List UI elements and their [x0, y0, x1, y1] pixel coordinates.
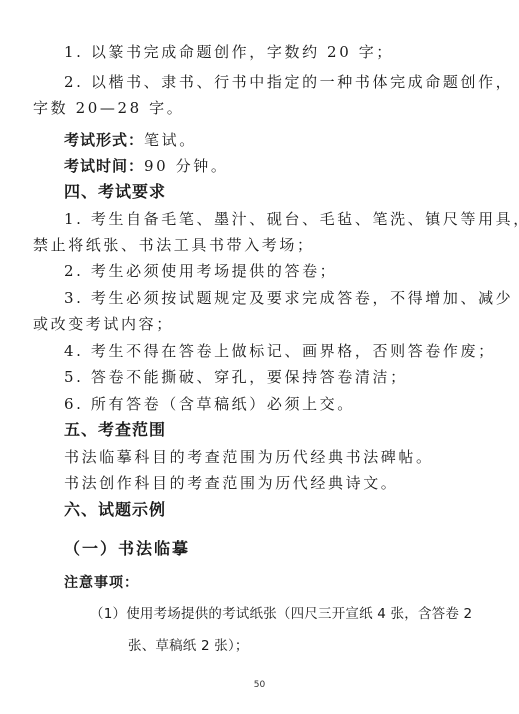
notes-heading: 注意事项： — [64, 573, 139, 593]
creation-item-1: 1. 以篆书完成命题创作，字数约 20 字； — [64, 42, 394, 62]
note-1: （1）使用考场提供的考试纸张（四尺三开宣纸 4 张，含答卷 2 — [90, 604, 472, 624]
creation-item-2: 2. 以楷书、隶书、行书中指定的一种书体完成命题创作， — [64, 72, 513, 92]
requirement-5: 5. 答卷不能撕破、穿孔，要保持答卷清洁； — [64, 367, 408, 387]
section-heading-5: 五、考查范围 — [64, 420, 166, 440]
exam-time-value: 90 分钟。 — [144, 157, 228, 175]
exam-form-label: 考试形式： — [64, 131, 144, 149]
section-heading-6: 六、试题示例 — [64, 500, 166, 520]
requirement-2: 2. 考生必须使用考场提供的答卷； — [64, 261, 337, 281]
creation-item-2-cont: 字数 20—28 字。 — [33, 98, 184, 118]
requirement-3: 3. 考生必须按试题规定及要求完成答卷，不得增加、减少 — [64, 288, 513, 308]
section-heading-4: 四、考试要求 — [64, 182, 166, 202]
requirement-6: 6. 所有答卷（含草稿纸）必须上交。 — [64, 394, 355, 414]
exam-form-value: 笔试。 — [144, 131, 197, 149]
requirement-3-cont: 或改变考试内容； — [33, 314, 174, 334]
requirement-4: 4. 考生不得在答卷上做标记、画界格，否则答卷作废； — [64, 341, 496, 361]
requirement-1-cont: 禁止将纸张、书法工具书带入考场； — [33, 235, 315, 255]
note-1-cont: 张、草稿纸 2 张）； — [128, 636, 249, 656]
exam-time: 考试时间：90 分钟。 — [64, 156, 228, 176]
exam-time-label: 考试时间： — [64, 157, 144, 175]
page-number: 50 — [0, 680, 519, 690]
subsection-heading-1: （一）书法临摹 — [64, 539, 190, 559]
scope-creation: 书法创作科目的考查范围为历代经典诗文。 — [64, 473, 398, 493]
exam-form: 考试形式：笔试。 — [64, 130, 197, 150]
requirement-1: 1. 考生自备毛笔、墨汁、砚台、毛毡、笔洗、镇尺等用具， — [64, 209, 519, 229]
scope-copying: 书法临摹科目的考查范围为历代经典书法碑帖。 — [64, 447, 434, 467]
